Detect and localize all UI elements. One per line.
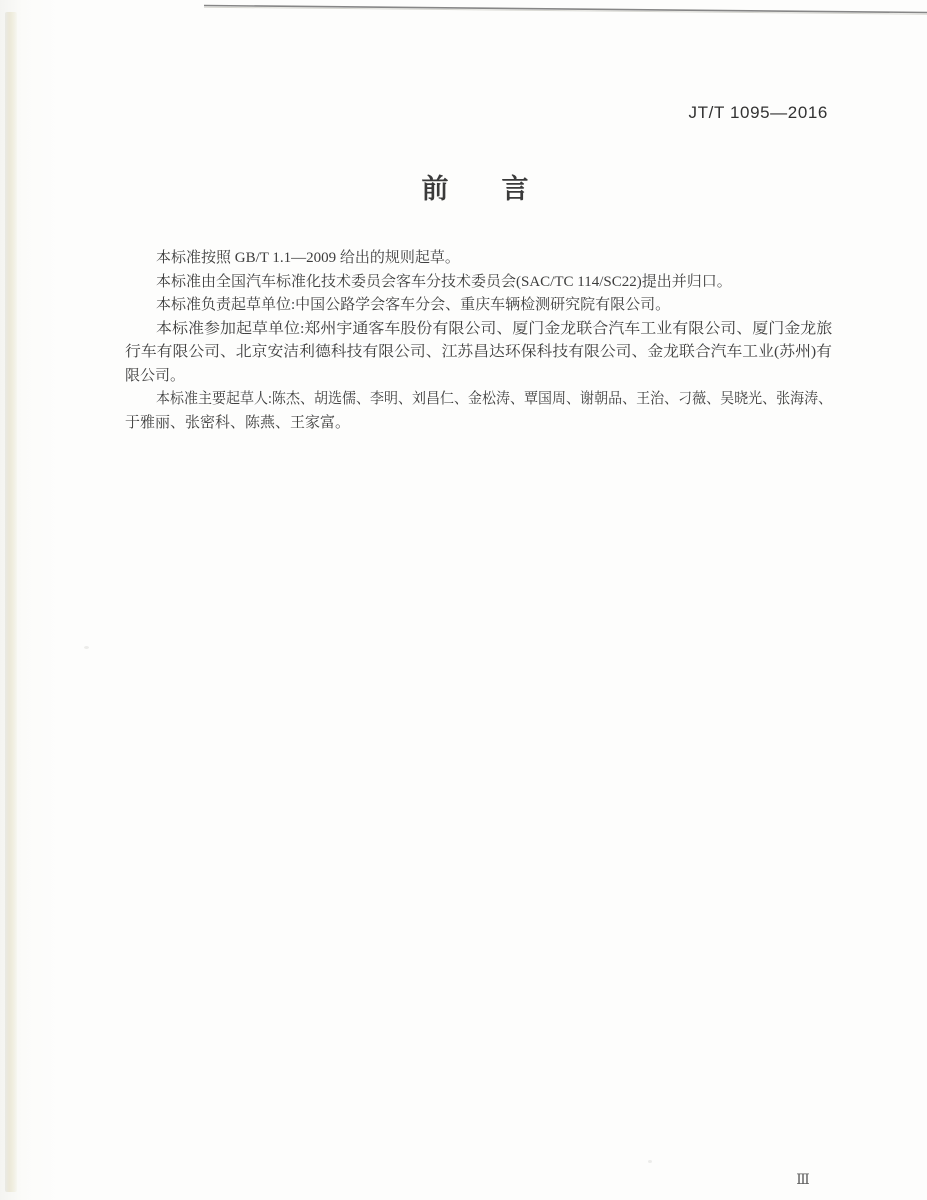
text-line: 限公司。 [125, 365, 832, 389]
text-line: 于雅丽、张密科、陈燕、王家富。 [125, 412, 832, 436]
text-line: 本标准参加起草单位:郑州宇通客车股份有限公司、厦门金龙联合汽车工业有限公司、厦门… [125, 318, 832, 342]
page-title-char: 前 [422, 174, 449, 204]
page-number: Ⅲ [789, 1173, 817, 1189]
doc-number: JT/T 1095—2016 [689, 103, 828, 122]
page-title-char: 言 [502, 174, 529, 204]
scanned-document-page: JT/T 1095—2016 前 言 本标准按照 GB/T 1.1—2009 给… [0, 0, 927, 1200]
text-line: 本标准由全国汽车标准化技术委员会客车分技术委员会(SAC/TC 114/SC22… [125, 271, 832, 295]
foreword-paragraphs: 本标准按照 GB/T 1.1—2009 给出的规则起草。本标准由全国汽车标准化技… [125, 247, 832, 435]
scan-top-edge-line [0, 0, 927, 22]
page-title: 前 言 [120, 174, 830, 204]
text-line: 本标准主要起草人:陈杰、胡选儒、李明、刘昌仁、金松涛、覃国周、谢朝品、王治、刁薇… [125, 388, 832, 412]
page-edge-strip [5, 12, 17, 1192]
text-line: 本标准负责起草单位:中国公路学会客车分会、重庆车辆检测研究院有限公司。 [125, 294, 832, 318]
text-line: 行车有限公司、北京安洁利德科技有限公司、江苏昌达环保科技有限公司、金龙联合汽车工… [125, 341, 832, 365]
scan-speck [84, 646, 89, 649]
scan-speck [648, 1160, 652, 1163]
text-line: 本标准按照 GB/T 1.1—2009 给出的规则起草。 [125, 247, 832, 271]
